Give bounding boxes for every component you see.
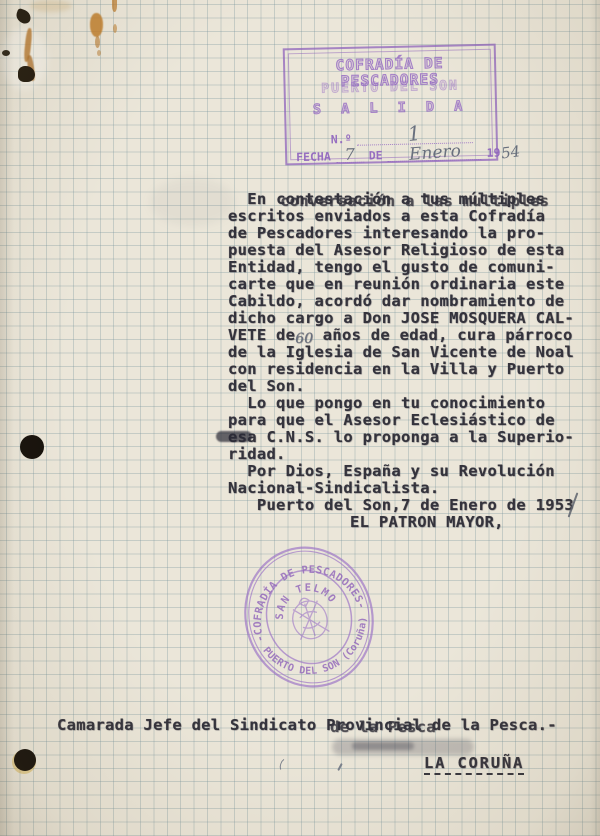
overstrike-group: contestación a tus múltiplesconversación…: [276, 191, 545, 208]
seal-arc-top-text: -COFRADÍA DE PESCADORES-: [237, 549, 368, 644]
dateline-text: Puerto del Son,7 de Enero de: [228, 496, 536, 514]
dateline-year: 1953: [536, 496, 574, 514]
stain-rust-dot2: [113, 24, 117, 33]
stamp-date-row: FECHA 7 DE Enero 19 54: [296, 138, 525, 164]
letter-line: Lo que pongo en tu conocimiento: [228, 395, 574, 412]
handwritten-month: Enero: [408, 141, 461, 165]
scanned-letter-page: COFRADÍA DE PESCADORES PUERTO DEL SON S …: [0, 0, 600, 836]
addressee-prefix: Camarada Jefe del Sindicato: [57, 716, 326, 734]
letter-line: escritos enviados a esta Cofradía: [228, 208, 574, 225]
handwritten-year: 54: [500, 142, 521, 162]
letter-line: del Son.: [228, 378, 574, 395]
signature-title: EL PATRON MAYOR,: [228, 514, 574, 531]
age-line-post: años de edad, cura párroco: [313, 326, 573, 344]
handwritten-day: 7: [344, 145, 355, 164]
letter-line: de Pescadores interesando la pro-: [228, 225, 574, 242]
addressee-suffix: de la Pesca.-: [422, 716, 557, 734]
stamp-year-prefix: 19: [486, 146, 500, 160]
stain-gray-smear: [150, 178, 235, 226]
letter-line: esa C.N.S. lo proponga a la Superio-: [228, 429, 574, 446]
letter-line-age: VETE de60 años de edad, cura párroco: [228, 327, 574, 344]
letter-line: dicho cargo a Don JOSE MOSQUERA CAL-: [228, 310, 574, 327]
svg-text:-COFRADÍA DE PESCADORES-: -COFRADÍA DE PESCADORES-: [237, 549, 368, 644]
addressee-line: Camarada Jefe del Sindicato Provincialde…: [57, 717, 557, 734]
stain-black-dot: [2, 50, 10, 56]
handwritten-age: 60: [295, 331, 313, 348]
stain-black-blob: [18, 66, 35, 82]
overstrike-bottom-text: conversación a las multiples: [280, 193, 549, 210]
letter-line: con residencia en la Villa y Puerto: [228, 361, 574, 378]
letter-line-overstruck: En contestación a tus múltiplesconversac…: [228, 191, 574, 208]
stain-rust-drip2: [112, 0, 117, 12]
addressee-overstrike: Provincialde la Pesca: [326, 717, 422, 734]
age-line-pre: VETE de: [228, 326, 295, 344]
letter-body: En contestación a tus múltiplesconversac…: [228, 191, 574, 531]
stain-tan-top: [30, 0, 72, 12]
ink-smudge-core: [352, 742, 414, 750]
letter-line: para que el Asesor Eclesiástico de: [228, 412, 574, 429]
stamp-month-slot: Enero: [387, 139, 481, 162]
letter-dateline: Puerto del Son,7 de Enero de 1953: [228, 497, 574, 514]
letter-line: Entidad, tengo el gusto de comuni-: [228, 259, 574, 276]
stain-rust-tail: [95, 36, 100, 48]
registry-entry-stamp: COFRADÍA DE PESCADORES PUERTO DEL SON S …: [283, 44, 499, 166]
letter-line: Nacional-Sindicalista.: [228, 480, 574, 497]
stain-rust-dot: [97, 50, 101, 56]
seal-emblem: [287, 593, 332, 643]
letter-line: Cabildo, acordó dar nombramiento de: [228, 293, 574, 310]
ink-blot: [216, 431, 252, 442]
punch-hole-bottom: [14, 749, 36, 771]
letter-line: Por Dios, España y su Revolución: [228, 463, 574, 480]
letter-line: puesta del Asesor Religioso de esta: [228, 242, 574, 259]
letter-line: ridad.: [228, 446, 574, 463]
stamp-de-label: DE: [369, 148, 383, 162]
punch-hole-top: [20, 435, 44, 459]
stain-rust-drop: [90, 13, 103, 37]
addressee-over-bottom: de la Pesca: [330, 719, 436, 736]
stamp-fecha-label: FECHA: [296, 149, 331, 164]
line1-prefix: En: [228, 190, 276, 208]
stamp-day-slot: 7: [335, 143, 363, 164]
letter-line: de la Iglesia de San Vicente de Noal: [228, 344, 574, 361]
city-line: LA CORUÑA: [424, 754, 524, 775]
letter-line: carte que en reunión ordinaria este: [228, 276, 574, 293]
